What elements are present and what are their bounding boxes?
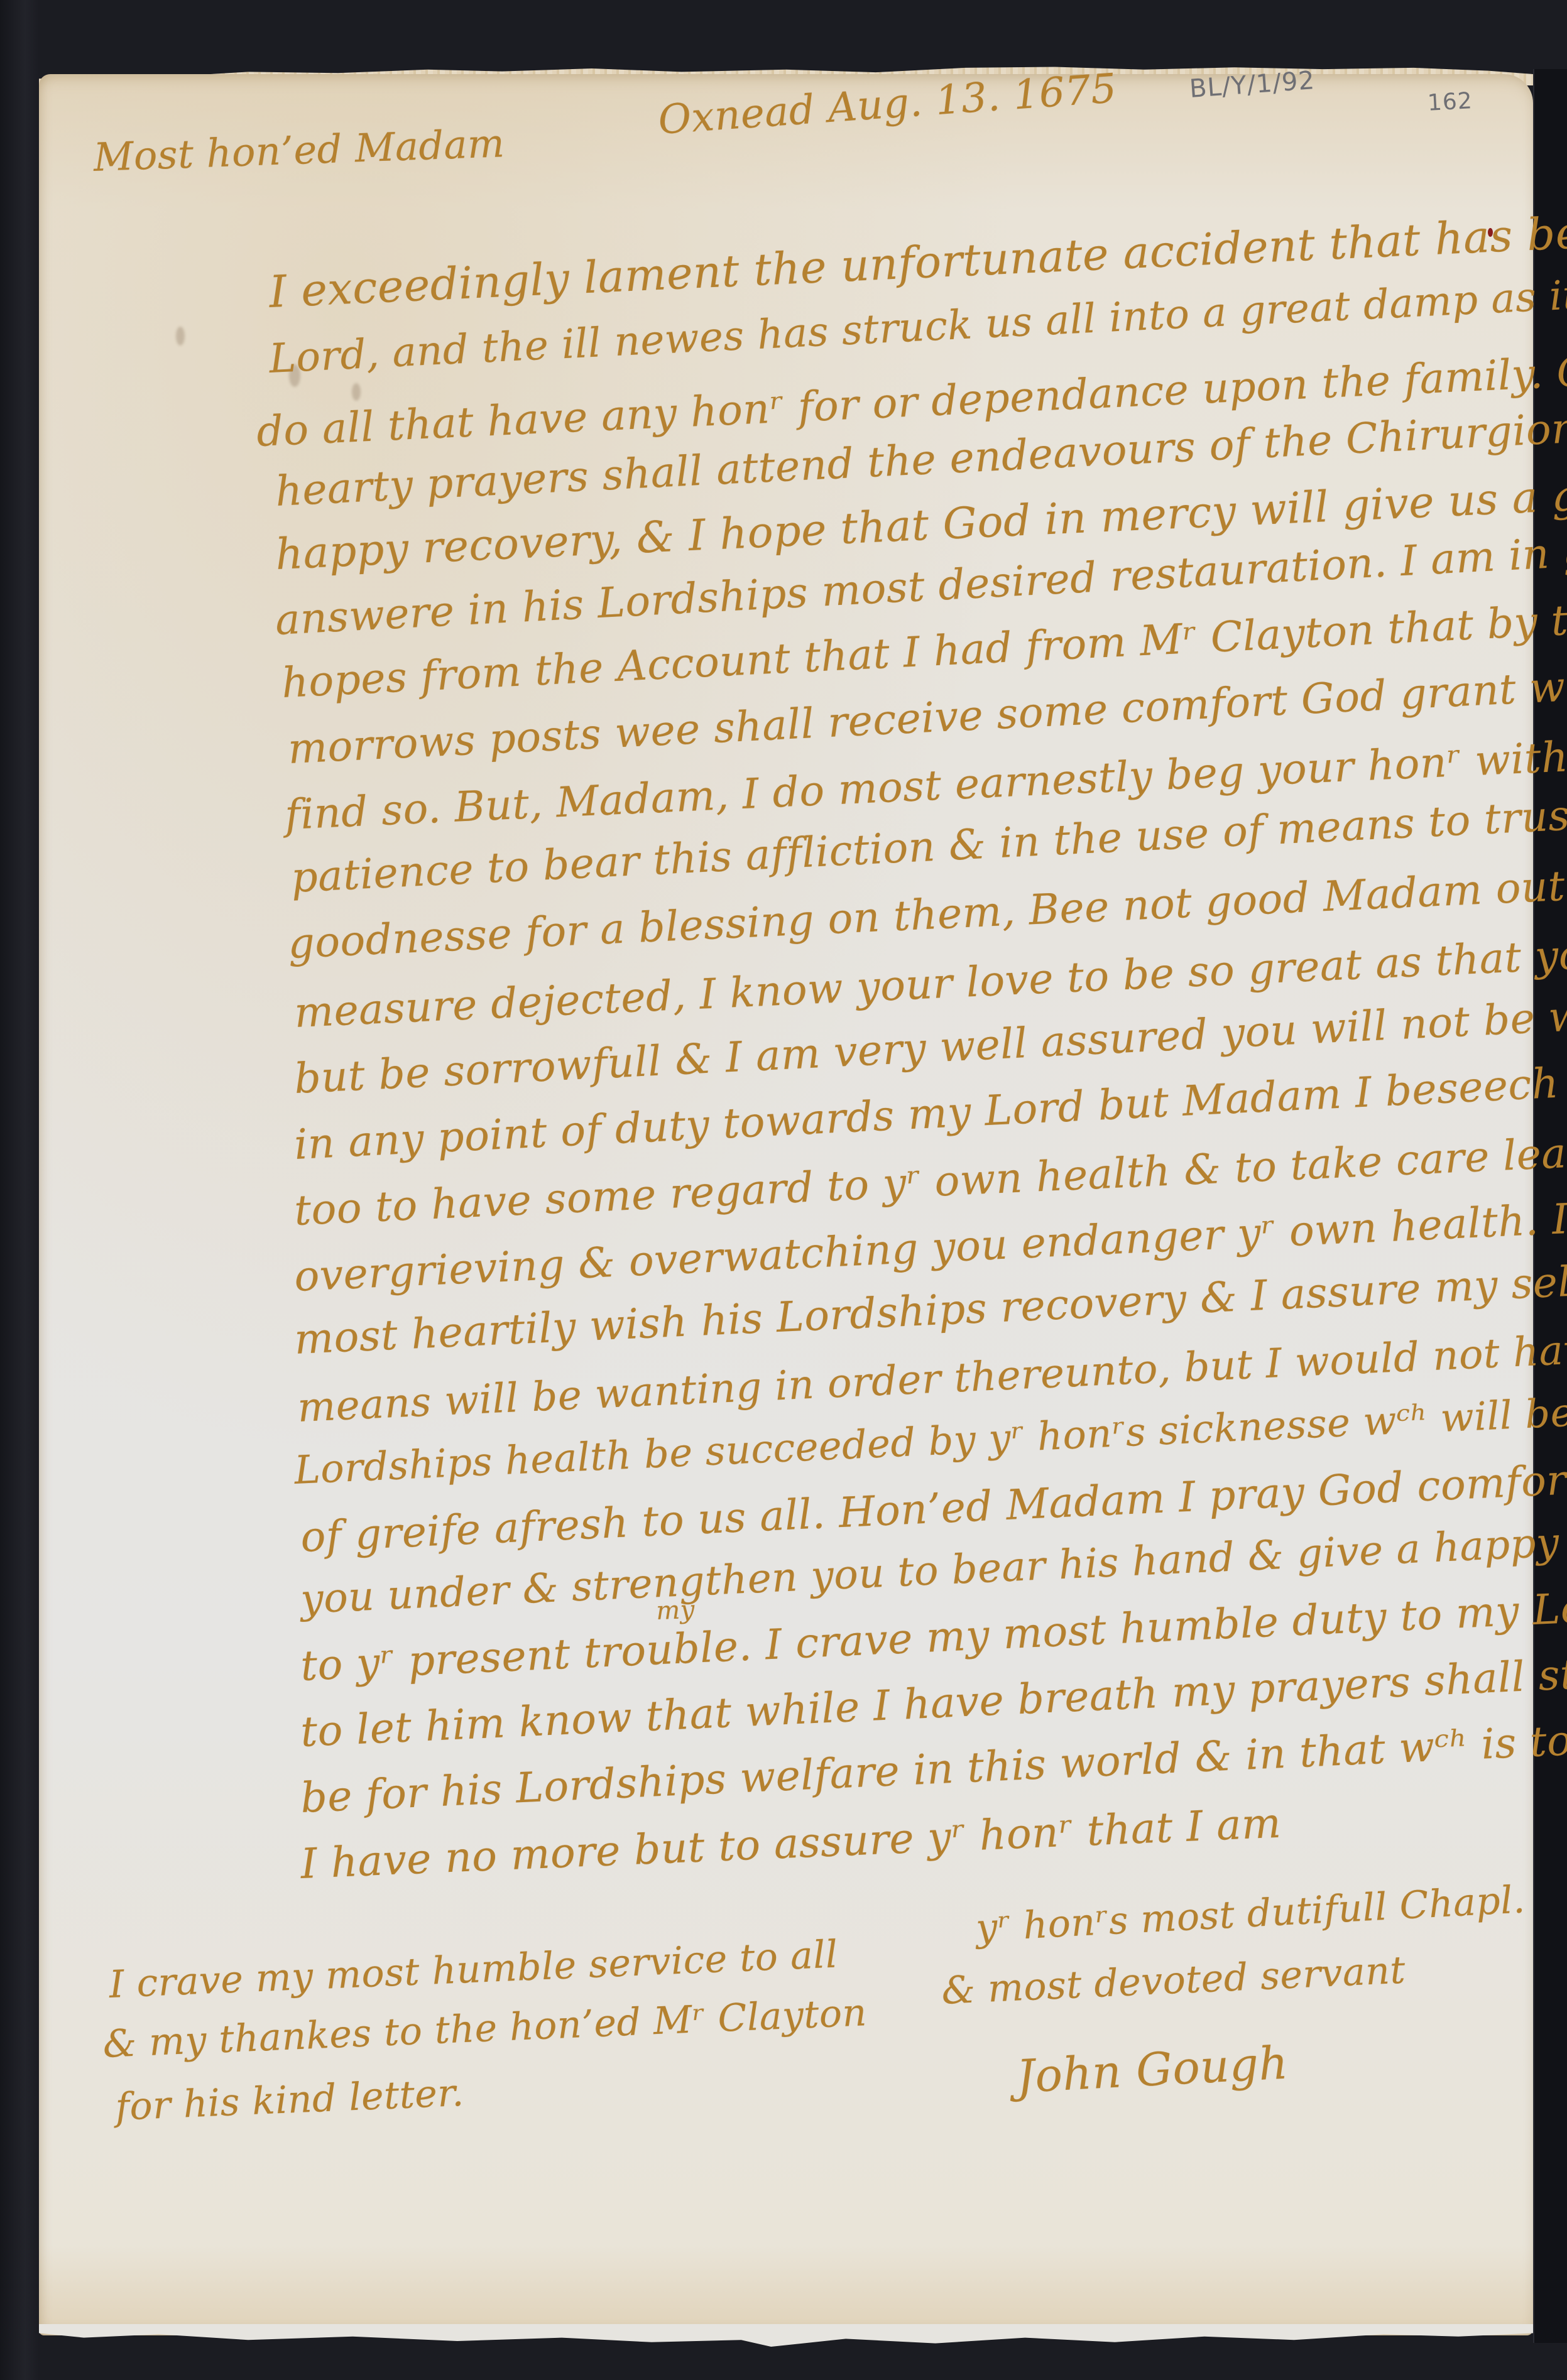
foxing-spot [352,383,361,401]
foxing-spot [176,327,185,345]
interlinear-insertion: my [656,1597,696,1624]
signature: John Gough [1015,2040,1289,2099]
folio-number-pencil: 162 [1427,88,1473,116]
